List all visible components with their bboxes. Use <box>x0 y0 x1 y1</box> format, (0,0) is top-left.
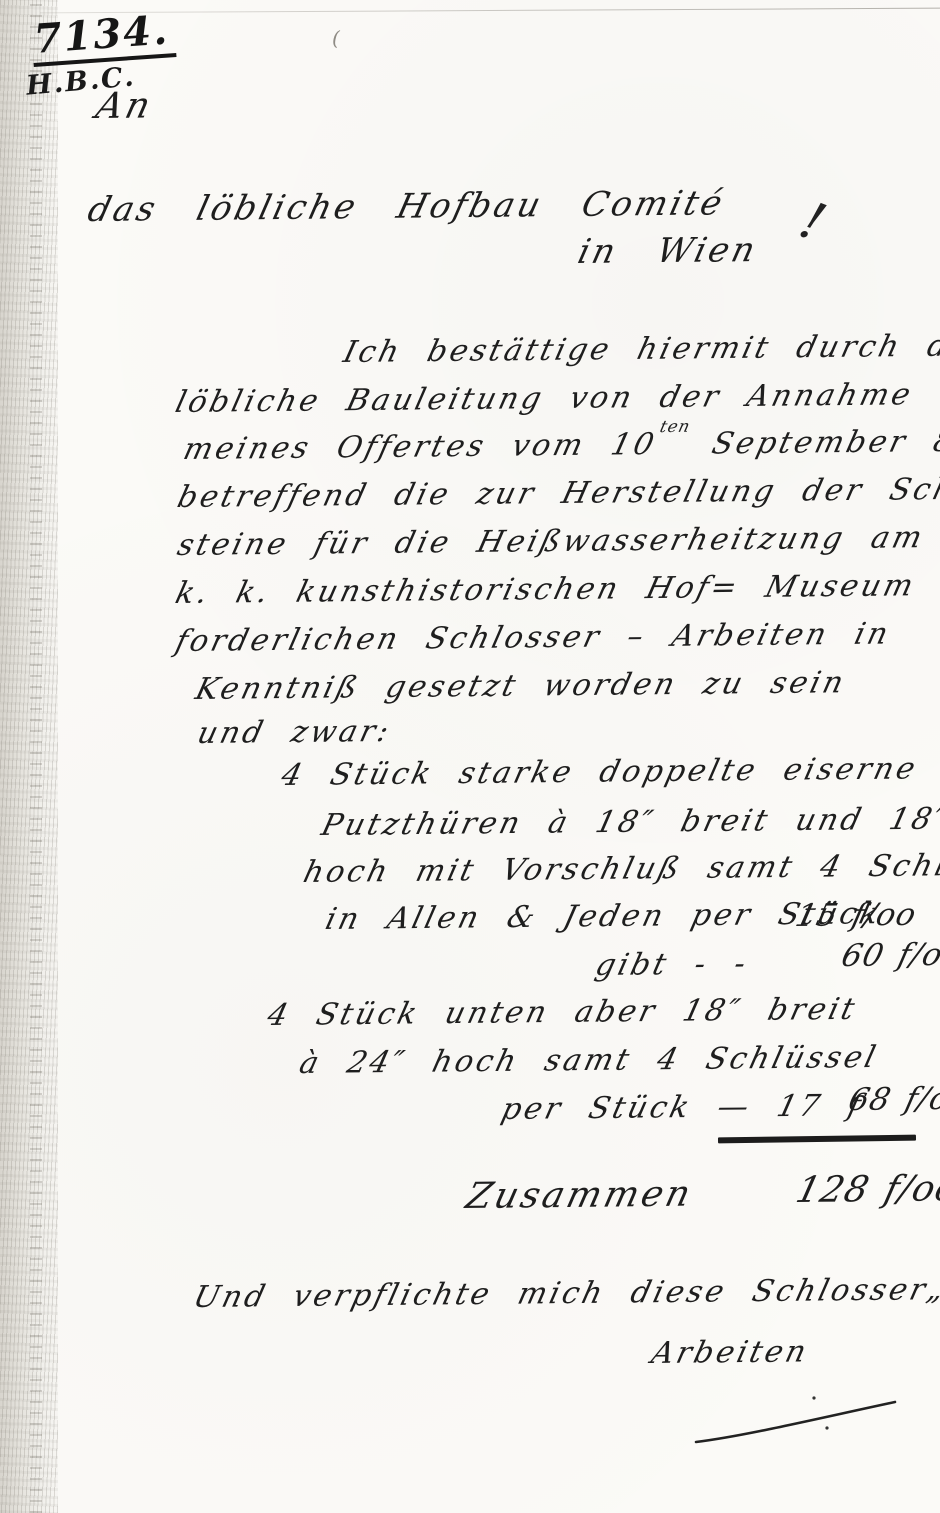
total-amount: 128 f/oo <box>792 1168 940 1211</box>
item1-sum-amount: 60 f/oo <box>838 937 940 974</box>
scan-binding-edge <box>0 0 58 1513</box>
registry-number: 7134. <box>31 9 177 67</box>
item1-sum-label: gibt - - <box>592 946 752 983</box>
item2-sum-amount: 68 f/oo <box>845 1081 940 1118</box>
body-line-2: löbliche Bauleitung von der Annahme <box>172 377 917 420</box>
item2-line-1: 4 Stück unten aber 18″ breit <box>264 992 861 1033</box>
addressee-line-2: in Wien <box>574 230 762 272</box>
salutation: An <box>92 85 157 127</box>
exclamation-mark: ! <box>792 190 834 253</box>
total-label: Zusammen <box>462 1174 697 1217</box>
item1-line-2: Putzthüren à 18″ breit und 18″ <box>318 801 940 843</box>
scanned-letter-page: 7134. H.B.C. ( An das löbliche Hofbau Co… <box>0 0 940 1513</box>
item2-line-2: à 24″ hoch samt 4 Schlüssel <box>296 1040 882 1081</box>
offer-date-ordinal: ten <box>658 417 693 436</box>
paper-top-edge <box>40 8 940 14</box>
body-line-9: und zwar: <box>194 714 395 751</box>
body-line-5: steine für die Heißwasserheitzung am <box>174 520 928 563</box>
body-line-1: Ich bestättige hiermit durch die <box>340 328 940 370</box>
closing-flourish <box>690 1392 905 1454</box>
item2-sum-label: per Stück — 17 f <box>498 1088 867 1127</box>
body-line-3: meines Offertes vom 10ten September 882 <box>180 423 940 467</box>
flourish-stroke-icon <box>690 1392 905 1450</box>
offer-date-post: September 882 <box>682 423 940 461</box>
closing-line-2: Arbeiten <box>648 1334 812 1371</box>
offer-date-pre: meines Offertes vom 10 <box>180 427 660 467</box>
sum-underline-rule <box>718 1135 916 1144</box>
item1-unit-price: 15 f/oo <box>792 897 920 934</box>
addressee-line-1: das löbliche Hofbau Comité <box>84 183 729 230</box>
body-line-7: forderlichen Schlosser – Arbeiten in <box>172 617 894 659</box>
body-line-6: k. k. kunsthistorischen Hof= Museum er„ <box>172 567 940 611</box>
body-line-4: betreffend die zur Herstellung der Schor… <box>174 471 940 515</box>
body-line-8: Kenntniß gesetzt worden zu sein <box>192 665 850 707</box>
closing-line-1: Und verpflichte mich diese Schlosser„ <box>190 1272 940 1315</box>
corner-pen-mark: ( <box>332 26 340 50</box>
item1-line-3: hoch mit Vorschluß samt 4 Schlüssel <box>300 847 940 890</box>
item1-line-1: 4 Stück starke doppelte eiserne <box>278 751 921 793</box>
scan-edge-streak <box>30 0 42 1513</box>
